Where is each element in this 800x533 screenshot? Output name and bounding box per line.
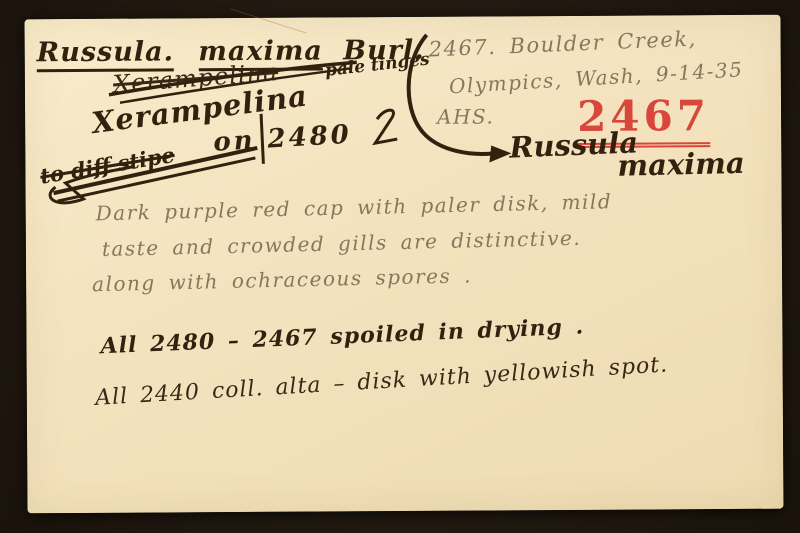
- description-line-1: Dark purple red cap with paler disk, mil…: [95, 189, 612, 225]
- collection-number-locality: 2467. Boulder Creek,: [428, 27, 697, 62]
- collector-initials: AHS.: [437, 104, 494, 128]
- index-card: Russula. maxima Burl. Xerampelina pale t…: [24, 15, 783, 514]
- cross-reference: on 2480: [212, 120, 352, 158]
- note-line-1: All 2480 – 2467 spoiled in drying .: [100, 313, 585, 359]
- description-line-3: along with ochraceous spores .: [92, 263, 472, 296]
- flourish-mark: [375, 110, 397, 143]
- determination-species: maxima: [617, 146, 745, 183]
- arrowhead-icon: [489, 145, 511, 162]
- scanned-photo-background: { "scan": { "background_color": "#241b13…: [0, 0, 800, 533]
- note-line-2: All 2440 coll. alta – disk with yellowis…: [94, 352, 668, 410]
- struck-out-phrase: to diff stipe: [38, 142, 176, 189]
- description-line-2: taste and crowded gills are distinctive.: [102, 226, 582, 261]
